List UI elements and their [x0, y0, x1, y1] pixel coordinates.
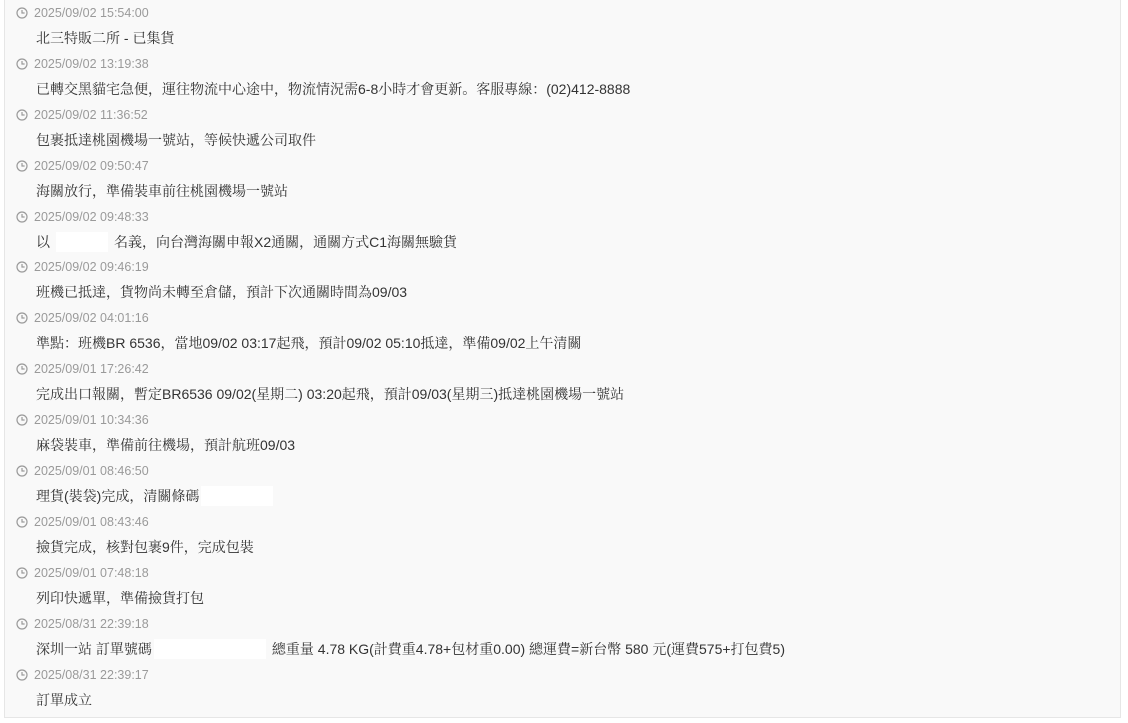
entry-description: 麻袋裝車，準備前往機場，預計航班09/03 — [36, 435, 295, 455]
timeline-entry: 2025/09/02 15:54:00 北三特販二所 - 已集貨 — [5, 1, 1120, 52]
entry-timestamp: 2025/09/01 07:48:18 — [34, 566, 149, 580]
redacted-name — [56, 232, 108, 252]
clock-icon — [16, 414, 28, 426]
timeline-entry: 2025/09/02 04:01:16 準點：班機BR 6536，當地09/02… — [5, 306, 1120, 357]
clock-icon — [16, 516, 28, 528]
redacted-barcode — [201, 486, 273, 506]
timeline-entry: 2025/09/02 13:19:38 已轉交黑貓宅急便，運往物流中心途中，物流… — [5, 52, 1120, 103]
clock-icon — [16, 618, 28, 630]
timeline-entry: 2025/09/01 08:46:50 理貨(裝袋)完成，清關條碼 — [5, 459, 1120, 510]
entry-description: 完成出口報關，暫定BR6536 09/02(星期二) 03:20起飛，預計09/… — [36, 384, 624, 404]
entry-description: 理貨(裝袋)完成，清關條碼 — [36, 486, 273, 506]
entry-timestamp: 2025/09/02 09:48:33 — [34, 210, 149, 224]
clock-icon — [16, 211, 28, 223]
clock-icon — [16, 261, 28, 273]
entry-timestamp: 2025/09/02 09:46:19 — [34, 260, 149, 274]
entry-description: 以 名義，向台灣海關申報X2通關，通關方式C1海關無驗貨 — [36, 232, 457, 252]
entry-description: 訂單成立 — [36, 690, 92, 710]
entry-description: 班機已抵達，貨物尚未轉至倉儲，預計下次通關時間為09/03 — [36, 282, 407, 302]
timeline-entry: 2025/09/02 09:48:33 以 名義，向台灣海關申報X2通關，通關方… — [5, 205, 1120, 256]
entry-text-prefix: 理貨(裝袋)完成，清關條碼 — [36, 486, 199, 506]
entry-description: 撿貨完成，核對包裹9件，完成包裝 — [36, 537, 254, 557]
entry-timestamp: 2025/09/02 13:19:38 — [34, 57, 149, 71]
clock-icon — [16, 669, 28, 681]
timeline-entry: 2025/09/01 17:26:42 完成出口報關，暫定BR6536 09/0… — [5, 357, 1120, 408]
entry-text-suffix: 名義，向台灣海關申報X2通關，通關方式C1海關無驗貨 — [114, 232, 457, 252]
entry-timestamp: 2025/09/01 10:34:36 — [34, 413, 149, 427]
entry-description: 已轉交黑貓宅急便，運往物流中心途中，物流情況需6-8小時才會更新。客服專線：(0… — [36, 79, 630, 99]
entry-description: 包裹抵達桃園機場一號站，等候快遞公司取件 — [36, 130, 316, 150]
timeline-entry: 2025/09/01 08:43:46 撿貨完成，核對包裹9件，完成包裝 — [5, 510, 1120, 561]
clock-icon — [16, 160, 28, 172]
clock-icon — [16, 567, 28, 579]
clock-icon — [16, 58, 28, 70]
entry-text-suffix: 總重量 4.78 KG(計費重4.78+包材重0.00) 總運費=新台幣 580… — [272, 639, 785, 659]
timeline-entry: 2025/09/01 10:34:36 麻袋裝車，準備前往機場，預計航班09/0… — [5, 408, 1120, 459]
entry-description: 列印快遞單，準備撿貨打包 — [36, 588, 204, 608]
entry-timestamp: 2025/08/31 22:39:18 — [34, 617, 149, 631]
tracking-history-panel: 2025/09/02 15:54:00 北三特販二所 - 已集貨 2025/09… — [4, 0, 1121, 718]
tracking-timeline: 2025/09/02 15:54:00 北三特販二所 - 已集貨 2025/09… — [5, 1, 1120, 713]
entry-description: 深圳一站 訂單號碼 總重量 4.78 KG(計費重4.78+包材重0.00) 總… — [36, 639, 785, 659]
redacted-order-number — [154, 639, 266, 659]
timeline-entry: 2025/08/31 22:39:18 深圳一站 訂單號碼 總重量 4.78 K… — [5, 612, 1120, 663]
entry-timestamp: 2025/09/02 15:54:00 — [34, 6, 149, 20]
timeline-entry: 2025/09/02 09:50:47 海關放行，準備裝車前往桃園機場一號站 — [5, 154, 1120, 205]
entry-description: 北三特販二所 - 已集貨 — [36, 28, 174, 48]
entry-timestamp: 2025/09/01 08:43:46 — [34, 515, 149, 529]
entry-text-prefix: 以 — [36, 232, 50, 252]
clock-icon — [16, 312, 28, 324]
clock-icon — [16, 7, 28, 19]
entry-timestamp: 2025/09/02 11:36:52 — [34, 108, 148, 122]
clock-icon — [16, 109, 28, 121]
entry-text-prefix: 深圳一站 訂單號碼 — [36, 639, 152, 659]
clock-icon — [16, 465, 28, 477]
timeline-entry: 2025/08/31 22:39:17 訂單成立 — [5, 663, 1120, 714]
entry-description: 海關放行，準備裝車前往桃園機場一號站 — [36, 181, 288, 201]
timeline-entry: 2025/09/01 07:48:18 列印快遞單，準備撿貨打包 — [5, 561, 1120, 612]
entry-timestamp: 2025/09/02 04:01:16 — [34, 311, 149, 325]
entry-timestamp: 2025/09/01 08:46:50 — [34, 464, 149, 478]
timeline-entry: 2025/09/02 11:36:52 包裹抵達桃園機場一號站，等候快遞公司取件 — [5, 103, 1120, 154]
timeline-entry: 2025/09/02 09:46:19 班機已抵達，貨物尚未轉至倉儲，預計下次通… — [5, 255, 1120, 306]
entry-timestamp: 2025/08/31 22:39:17 — [34, 668, 149, 682]
entry-description: 準點：班機BR 6536，當地09/02 03:17起飛，預計09/02 05:… — [36, 333, 581, 353]
entry-timestamp: 2025/09/01 17:26:42 — [34, 362, 149, 376]
entry-timestamp: 2025/09/02 09:50:47 — [34, 159, 149, 173]
clock-icon — [16, 363, 28, 375]
